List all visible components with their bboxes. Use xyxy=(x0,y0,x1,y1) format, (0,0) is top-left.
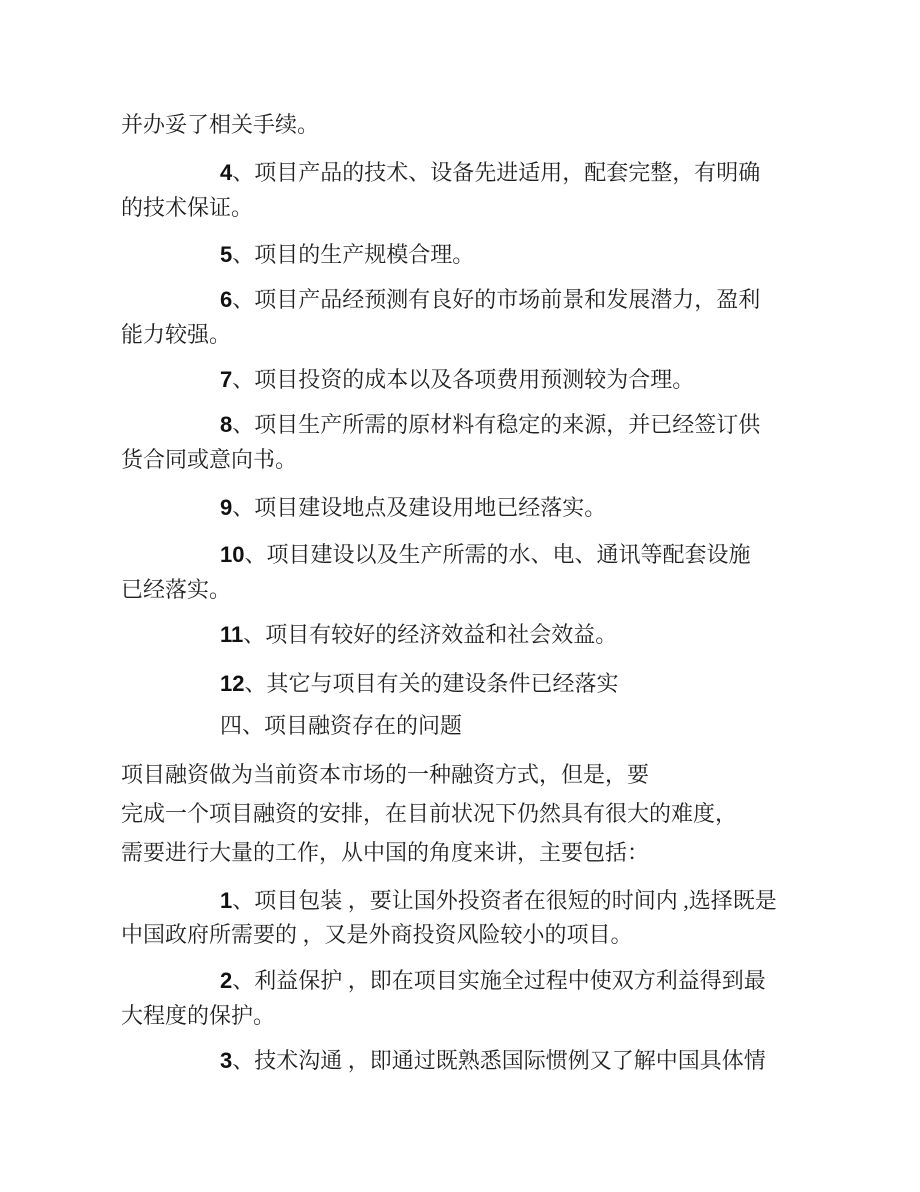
list-number: 7 xyxy=(220,367,232,392)
text-line: 8、项目生产所需的原材料有稳定的来源，并已经签订供 xyxy=(220,412,760,438)
text-line: 能力较强。 xyxy=(121,322,231,348)
text-line: 完成一个项目融资的安排，在目前状况下仍然具有很大的难度， xyxy=(121,801,737,827)
text-line: 已经落实。 xyxy=(121,577,231,603)
list-number: 4 xyxy=(220,160,232,185)
text-line: 11、项目有较好的经济效益和社会效益。 xyxy=(220,622,617,648)
list-number: 11 xyxy=(220,622,243,647)
list-number: 9 xyxy=(220,495,232,520)
text-line: 1、项目包装 ，要让国外投资者在很短的时间内 ,选择既是 xyxy=(220,888,777,914)
list-number: 5 xyxy=(220,242,232,267)
text-line: 的技术保证。 xyxy=(121,195,253,221)
list-number: 1 xyxy=(220,888,232,913)
list-number: 10 xyxy=(220,542,244,567)
text-line: 货合同或意向书。 xyxy=(121,447,297,473)
text-line: 7、项目投资的成本以及各项费用预测较为合理。 xyxy=(220,367,694,393)
text-line: 中国政府所需要的 ，又是外商投资风险较小的项目。 xyxy=(121,922,633,948)
text-line: 3、技术沟通 ，即通过既熟悉国际惯例又了解中国具体情 xyxy=(220,1048,766,1074)
text-line: 并办妥了相关手续。 xyxy=(121,112,319,138)
text-line: 5、项目的生产规模合理。 xyxy=(220,242,474,268)
text-line: 6、项目产品经预测有良好的市场前景和发展潜力，盈利 xyxy=(220,287,760,313)
text-line: 4、项目产品的技术、设备先进适用，配套完整，有明确 xyxy=(220,160,760,186)
list-number: 6 xyxy=(220,287,232,312)
text-line: 10、项目建设以及生产所需的水、电、通讯等配套设施 xyxy=(220,542,751,568)
text-line: 项目融资做为当前资本市场的一种融资方式，但是，要 xyxy=(121,762,649,788)
text-line: 2、利益保护 ，即在项目实施全过程中使双方利益得到最 xyxy=(220,968,766,994)
list-number: 8 xyxy=(220,412,232,437)
document-page: 并办妥了相关手续。4、项目产品的技术、设备先进适用，配套完整，有明确的技术保证。… xyxy=(0,0,920,1192)
list-number: 3 xyxy=(220,1048,232,1073)
text-line: 9、项目建设地点及建设用地已经落实。 xyxy=(220,495,606,521)
text-line: 12、其它与项目有关的建设条件已经落实 xyxy=(220,671,619,697)
text-line: 大程度的保护。 xyxy=(121,1003,275,1029)
list-number: 2 xyxy=(220,968,232,993)
list-number: 12 xyxy=(220,671,244,696)
text-line: 需要进行大量的工作，从中国的角度来讲，主要包括： xyxy=(121,840,649,866)
section-heading-line: 四、项目融资存在的问题 xyxy=(220,713,462,739)
